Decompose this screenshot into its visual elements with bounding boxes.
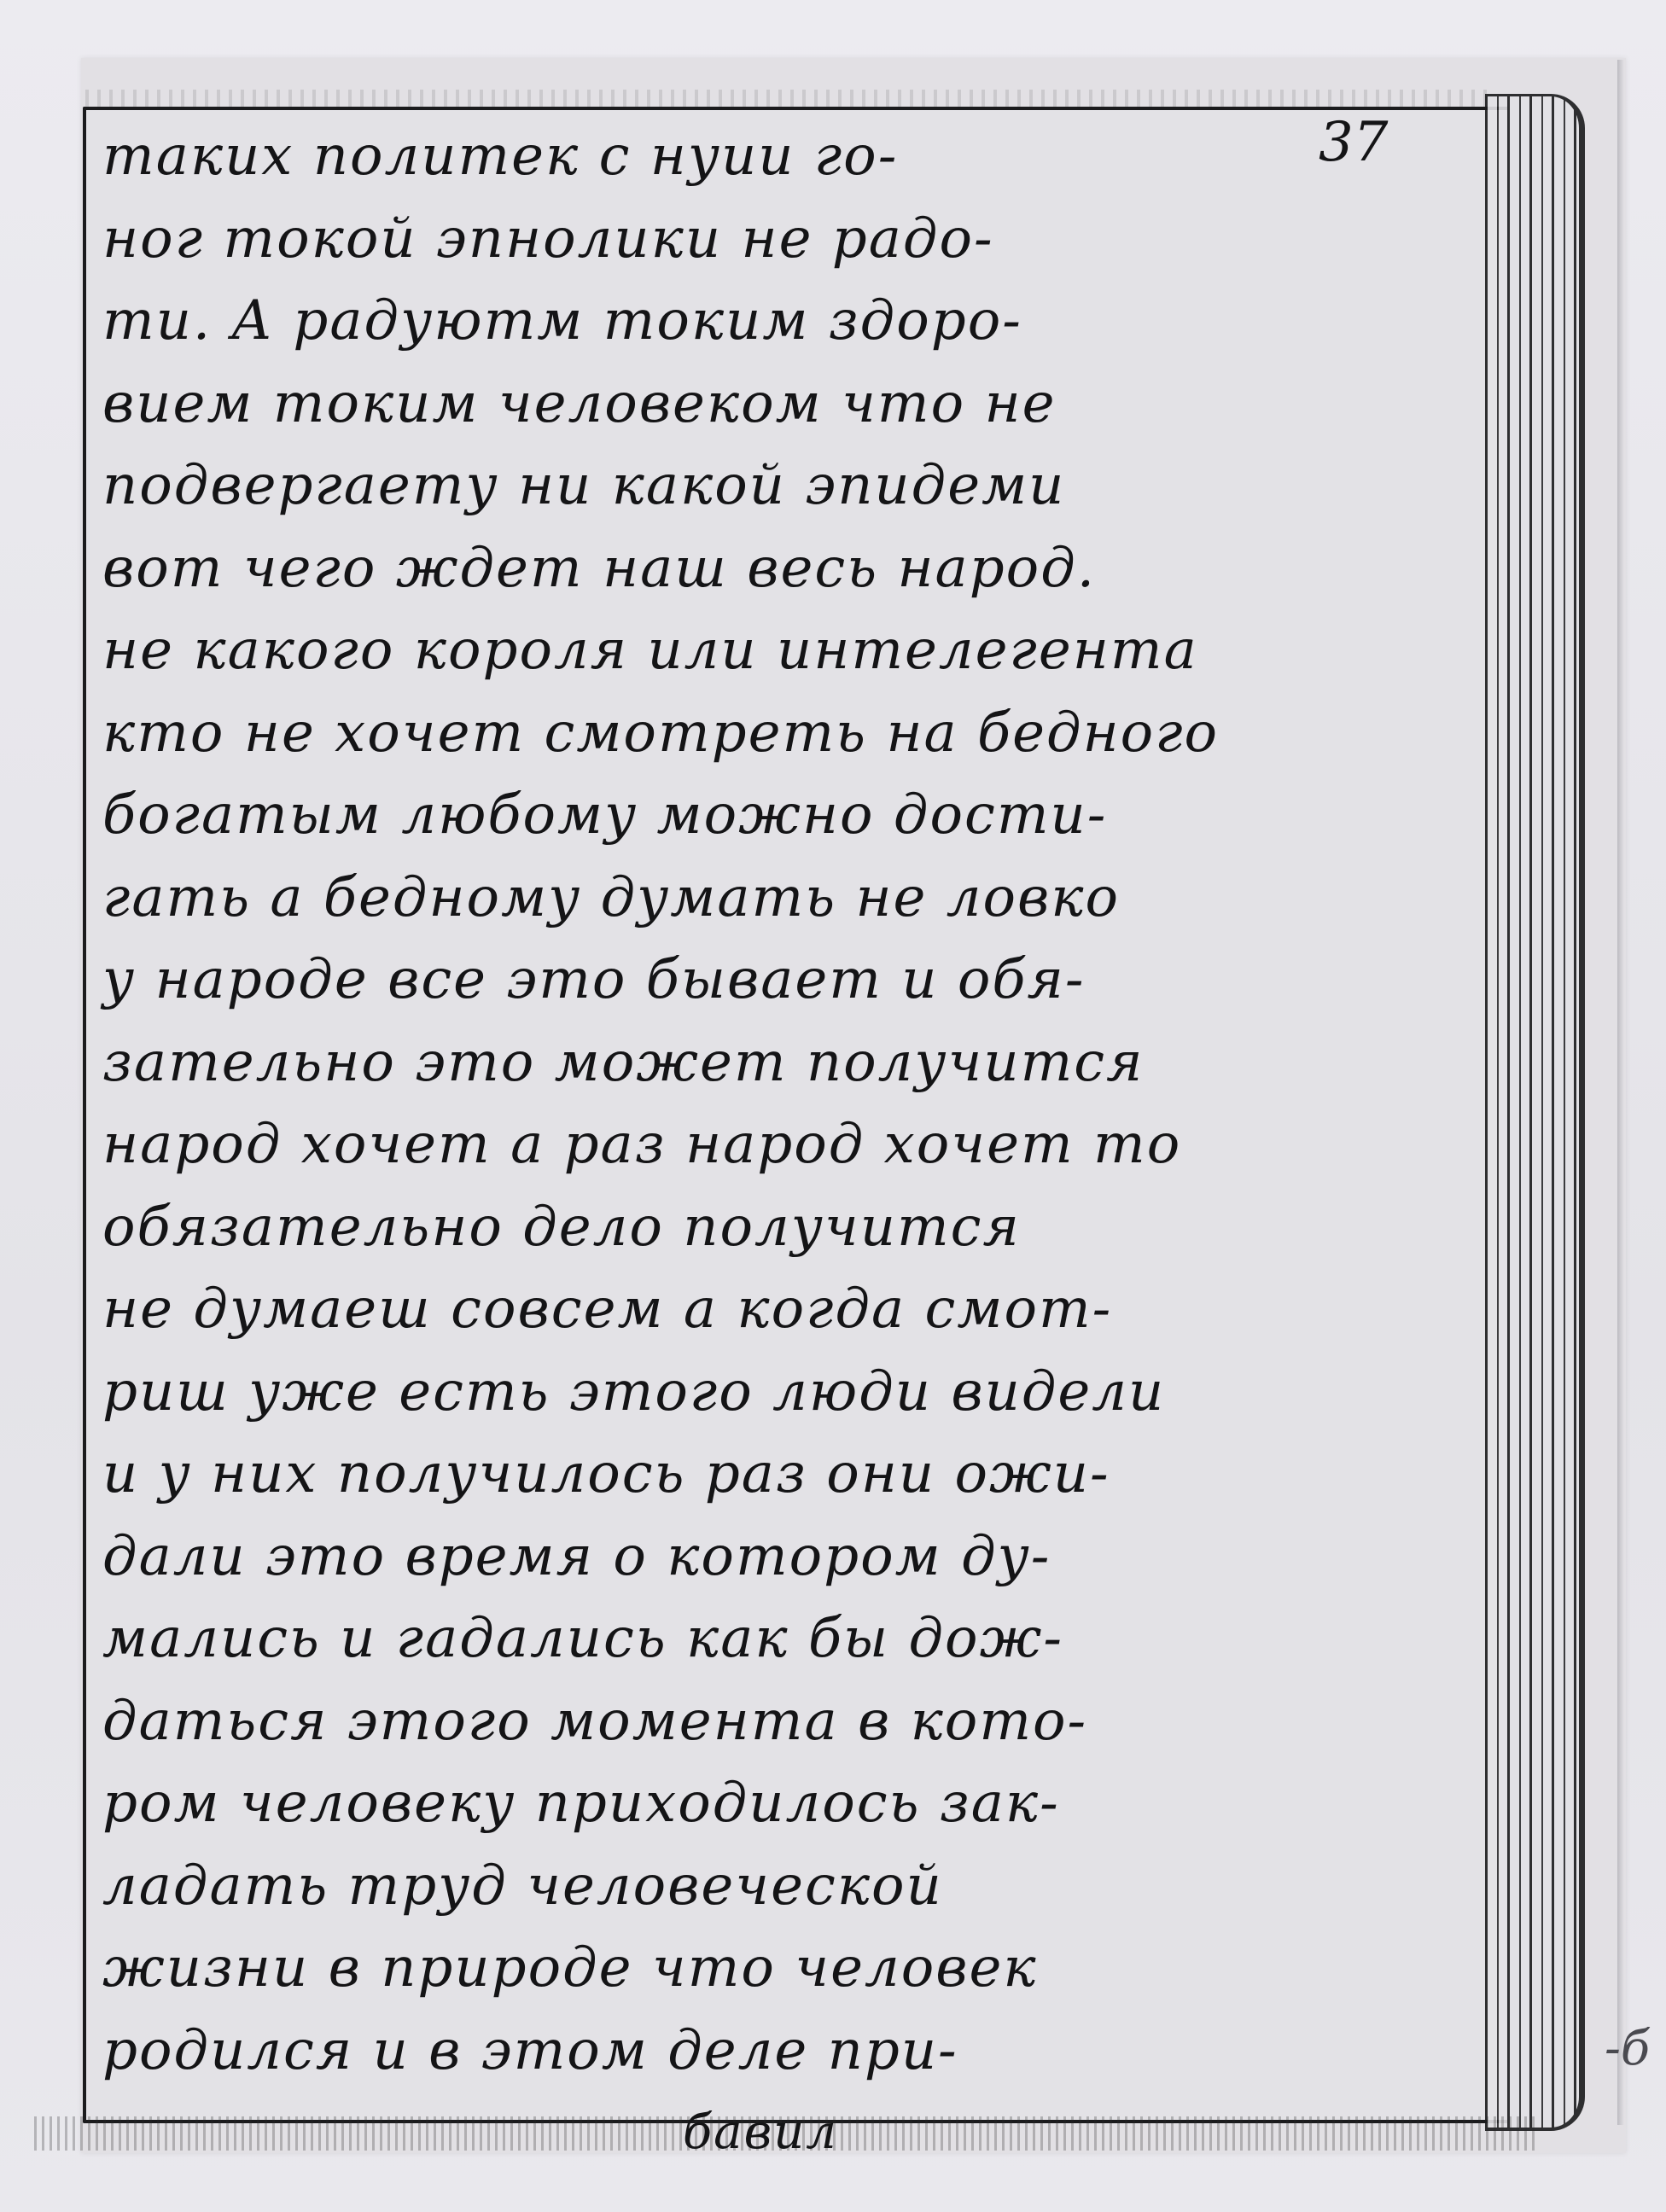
text-line: ладать труд человеческой <box>102 1845 1485 1928</box>
text-line: вием токим человеком что не <box>102 363 1485 445</box>
text-line: народ хочет а раз народ хочет то <box>102 1103 1485 1186</box>
handwritten-text: таких политек с нуии го- ног токой эпнол… <box>102 115 1485 2112</box>
text-line-final: бавил <box>102 2092 1485 2174</box>
text-line: не какого короля или интелегента <box>102 609 1485 692</box>
text-line: богатым любому можно дости- <box>102 774 1485 857</box>
text-line: кто не хочет смотреть на бедного <box>102 692 1485 775</box>
text-line: гать а бедному думать не ловко <box>102 857 1485 940</box>
text-line: ти. А радуютм токим здоро- <box>102 280 1485 363</box>
sheet-edge-shadow <box>1617 60 1624 2125</box>
text-line: подвергаету ни какой эпидеми <box>102 445 1485 527</box>
text-line: жизни в природе что человек <box>102 1927 1485 2010</box>
top-edge-toner-noise <box>85 90 1494 108</box>
text-line: риш уже есть этого люди видели <box>102 1351 1485 1434</box>
text-line: мались и гадались как бы дож- <box>102 1598 1485 1680</box>
corner-page-mark: -б <box>1605 2021 1650 2076</box>
text-line: вот чего ждет наш весь народ. <box>102 527 1485 610</box>
text-line: дали это время о котором ду- <box>102 1516 1485 1598</box>
text-line: не думаеш совсем а когда смот- <box>102 1268 1485 1351</box>
text-line: ног токой эпнолики не радо- <box>102 198 1485 281</box>
text-line: ром человеку приходилось зак- <box>102 1762 1485 1845</box>
text-line: даться этого момента в кото- <box>102 1680 1485 1763</box>
notebook-spine-edge <box>1485 94 1585 2131</box>
text-line: зательно это может получится <box>102 1022 1485 1104</box>
text-line: обязательно дело получится <box>102 1186 1485 1269</box>
text-line: таких политек с нуии го- <box>102 115 1485 198</box>
text-line: у народе все это бывает и обя- <box>102 939 1485 1022</box>
text-line: родился и в этом деле при- <box>102 2010 1485 2093</box>
text-line: и у них получилось раз они ожи- <box>102 1433 1485 1516</box>
